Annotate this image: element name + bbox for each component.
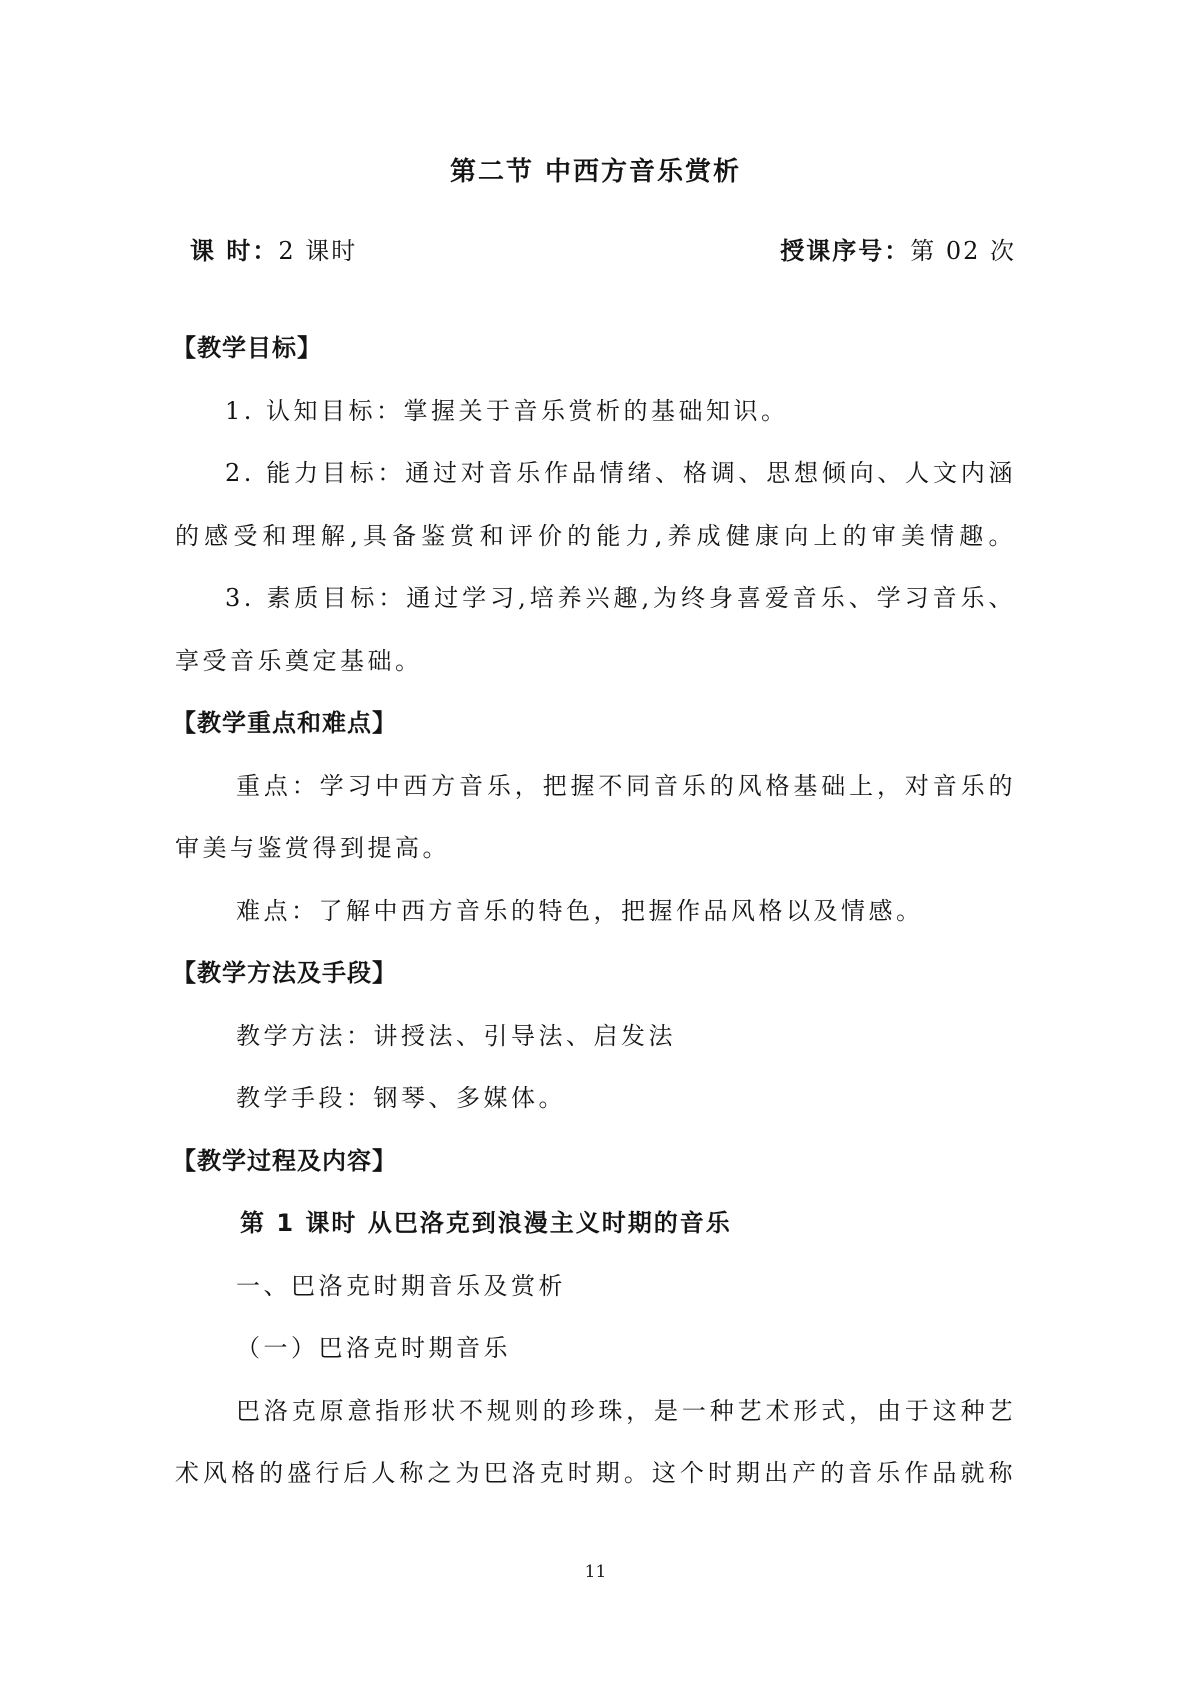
text-line: 1. 认知目标：掌握关于音乐赏析的基础知识。 [175,380,1016,443]
section-heading: 【教学重点和难点】 [172,692,1016,755]
text-line: 享受音乐奠定基础。 [175,630,1016,693]
text-line: 教学方法：讲授法、引导法、启发法 [175,1005,1016,1068]
text-line: 术风格的盛行后人称之为巴洛克时期。这个时期出产的音乐作品就称 [175,1442,1016,1505]
section-heading: 【教学目标】 [172,317,1016,380]
page-number: 11 [0,1560,1191,1584]
text-line: 巴洛克原意指形状不规则的珍珠，是一种艺术形式，由于这种艺 [175,1380,1016,1443]
document-body: 【教学目标】1. 认知目标：掌握关于音乐赏析的基础知识。2. 能力目标：通过对音… [175,317,1016,1505]
text-line: 2. 能力目标：通过对音乐作品情绪、格调、思想倾向、人文内涵 [175,442,1016,505]
lesson-subheading: 第 1 课时 从巴洛克到浪漫主义时期的音乐 [175,1192,1016,1255]
text-line: 一、巴洛克时期音乐及赏析 [175,1255,1016,1318]
class-hours-label: 课 时： [190,237,278,265]
meta-row: 课 时：2 课时 授课序号：第 02 次 [175,226,1016,276]
text-line: 难点：了解中西方音乐的特色，把握作品风格以及情感。 [175,880,1016,943]
page-title: 第二节 中西方音乐赏析 [175,148,1016,196]
text-line: 的感受和理解,具备鉴赏和评价的能力,养成健康向上的审美情趣。 [175,505,1016,568]
section-heading: 【教学方法及手段】 [172,942,1016,1005]
text-line: 审美与鉴赏得到提高。 [175,817,1016,880]
class-hours: 课 时：2 课时 [190,226,357,276]
session-number-value: 第 02 次 [910,237,1016,265]
text-line: 3. 素质目标：通过学习,培养兴趣,为终身喜爱音乐、学习音乐、 [175,567,1016,630]
session-number: 授课序号：第 02 次 [780,226,1016,276]
session-number-label: 授课序号： [780,237,910,265]
document-page: 第二节 中西方音乐赏析 课 时：2 课时 授课序号：第 02 次 【教学目标】1… [0,0,1191,1684]
text-line: 教学手段：钢琴、多媒体。 [175,1067,1016,1130]
section-heading: 【教学过程及内容】 [172,1130,1016,1193]
class-hours-value: 2 课时 [278,237,357,265]
text-line: 重点：学习中西方音乐，把握不同音乐的风格基础上，对音乐的 [175,755,1016,818]
text-line: （一）巴洛克时期音乐 [175,1317,1016,1380]
